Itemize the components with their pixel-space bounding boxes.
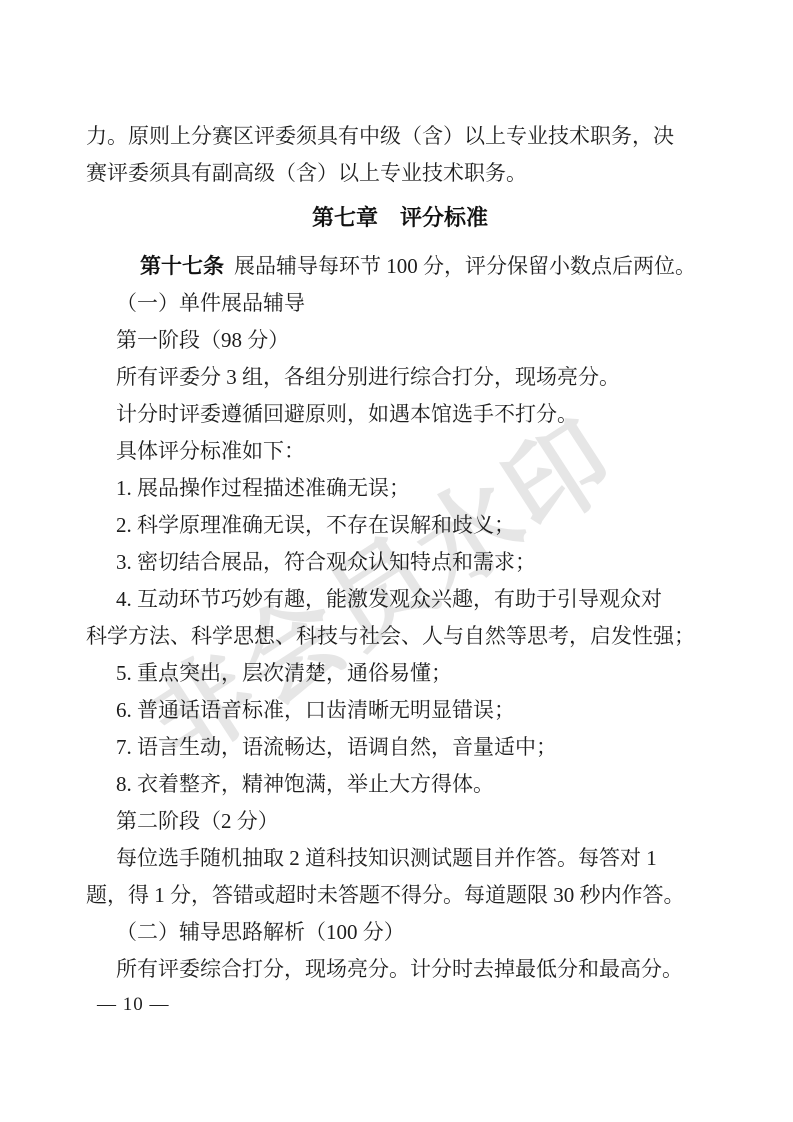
article-line: 第十七条展品辅导每环节 100 分，评分保留小数点后两位。: [86, 248, 768, 285]
criterion-3: 3. 密切结合展品，符合观众认知特点和需求；: [86, 544, 744, 581]
criterion-8: 8. 衣着整齐，精神饱满，举止大方得体。: [86, 766, 744, 803]
criterion-1: 1. 展品操作过程描述准确无误；: [86, 470, 744, 507]
stage-2-desc-line-2: 题，得 1 分，答错或超时未答题不得分。每道题限 30 秒内作答。: [86, 877, 714, 914]
criterion-5: 5. 重点突出，层次清楚，通俗易懂；: [86, 655, 744, 692]
article-label: 第十七条: [140, 255, 224, 278]
chapter-heading: 第七章 评分标准: [86, 198, 714, 238]
criterion-2: 2. 科学原理准确无误，不存在误解和歧义；: [86, 507, 744, 544]
criterion-6: 6. 普通话语音标准，口齿清晰无明显错误；: [86, 692, 744, 729]
stage-2-heading: 第二阶段（2 分）: [86, 803, 744, 840]
stage-2-desc-line-1: 每位选手随机抽取 2 道科技知识测试题目并作答。每答对 1: [86, 840, 744, 877]
page-number: — 10 —: [97, 990, 170, 1020]
criterion-7: 7. 语言生动，语流畅达，语调自然，音量适中；: [86, 729, 744, 766]
criterion-4-line-2: 科学方法、科学思想、科技与社会、人与自然等思考，启发性强；: [86, 618, 714, 655]
intro-line-2: 赛评委须具有副高级（含）以上专业技术职务。: [86, 155, 714, 192]
section-2-heading: （二）辅导思路解析（100 分）: [86, 914, 744, 951]
section-2-desc-line: 所有评委综合打分，现场亮分。计分时去掉最低分和最高分。: [86, 951, 744, 988]
criteria-intro-line: 具体评分标准如下：: [86, 433, 744, 470]
article-text: 展品辅导每环节 100 分，评分保留小数点后两位。: [234, 254, 696, 278]
section-1-heading: （一）单件展品辅导: [86, 285, 744, 322]
stage-1-rule-line: 计分时评委遵循回避原则，如遇本馆选手不打分。: [86, 396, 744, 433]
document-page: 非会员水印 力。原则上分赛区评委须具有中级（含）以上专业技术职务，决 赛评委须具…: [0, 0, 793, 1122]
stage-1-heading: 第一阶段（98 分）: [86, 322, 744, 359]
intro-line-1: 力。原则上分赛区评委须具有中级（含）以上专业技术职务，决: [86, 118, 714, 155]
criterion-4-line-1: 4. 互动环节巧妙有趣，能激发观众兴趣，有助于引导观众对: [86, 581, 744, 618]
stage-1-scoring-line: 所有评委分 3 组，各组分别进行综合打分，现场亮分。: [86, 359, 744, 396]
